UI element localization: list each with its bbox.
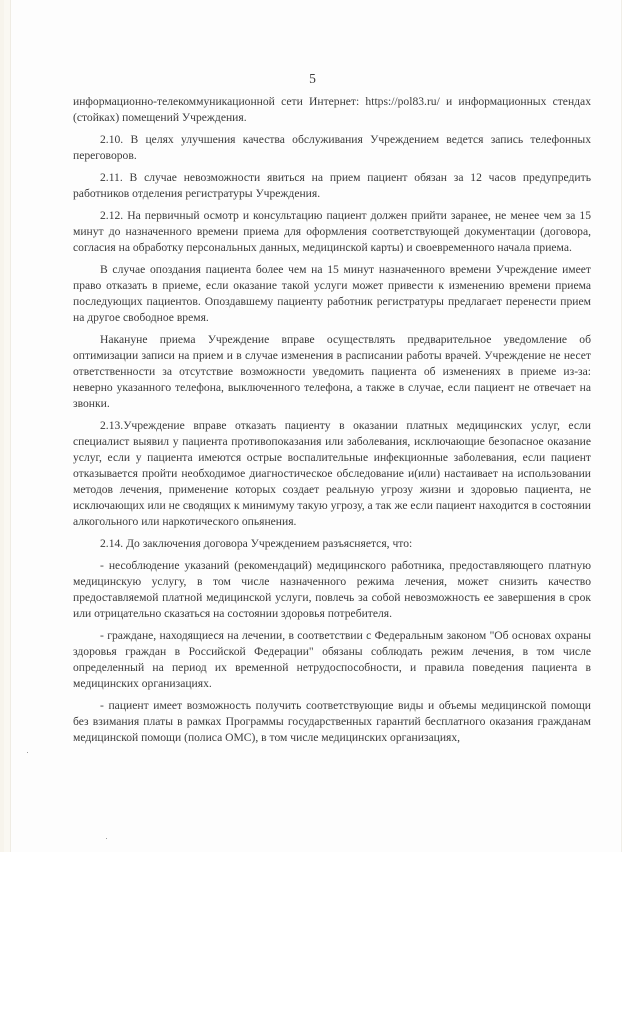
paragraph-2-12-notification: Накануне приема Учреждение вправе осущес… — [73, 332, 591, 412]
paragraph-2-12-late-arrival: В случае опоздания пациента более чем на… — [73, 262, 591, 326]
paragraph-2-13: 2.13.Учреждение вправе отказать пациенту… — [73, 418, 591, 530]
scan-speck — [27, 752, 28, 753]
scan-speck — [522, 270, 523, 271]
paragraph-2-12: 2.12. На первичный осмотр и консультацию… — [73, 208, 591, 256]
paragraph-2-14-item-a: - несоблюдение указаний (рекомендаций) м… — [73, 558, 591, 622]
page-number: 5 — [0, 71, 625, 87]
paragraph-2-14: 2.14. До заключения договора Учреждением… — [73, 536, 591, 552]
paragraph-2-10: 2.10. В целях улучшения качества обслужи… — [73, 132, 591, 164]
paragraph-2-14-item-b: - граждане, находящиеся на лечении, в со… — [73, 628, 591, 692]
document-body: информационно-телекоммуникационной сети … — [73, 94, 591, 752]
paragraph-2-11: 2.11. В случае невозможности явиться на … — [73, 170, 591, 202]
paragraph-2-14-item-c: - пациент имеет возможность получить соо… — [73, 698, 591, 746]
paragraph-continuation: информационно-телекоммуникационной сети … — [73, 94, 591, 126]
scan-speck — [106, 838, 107, 839]
scan-left-edge — [0, 0, 10, 852]
